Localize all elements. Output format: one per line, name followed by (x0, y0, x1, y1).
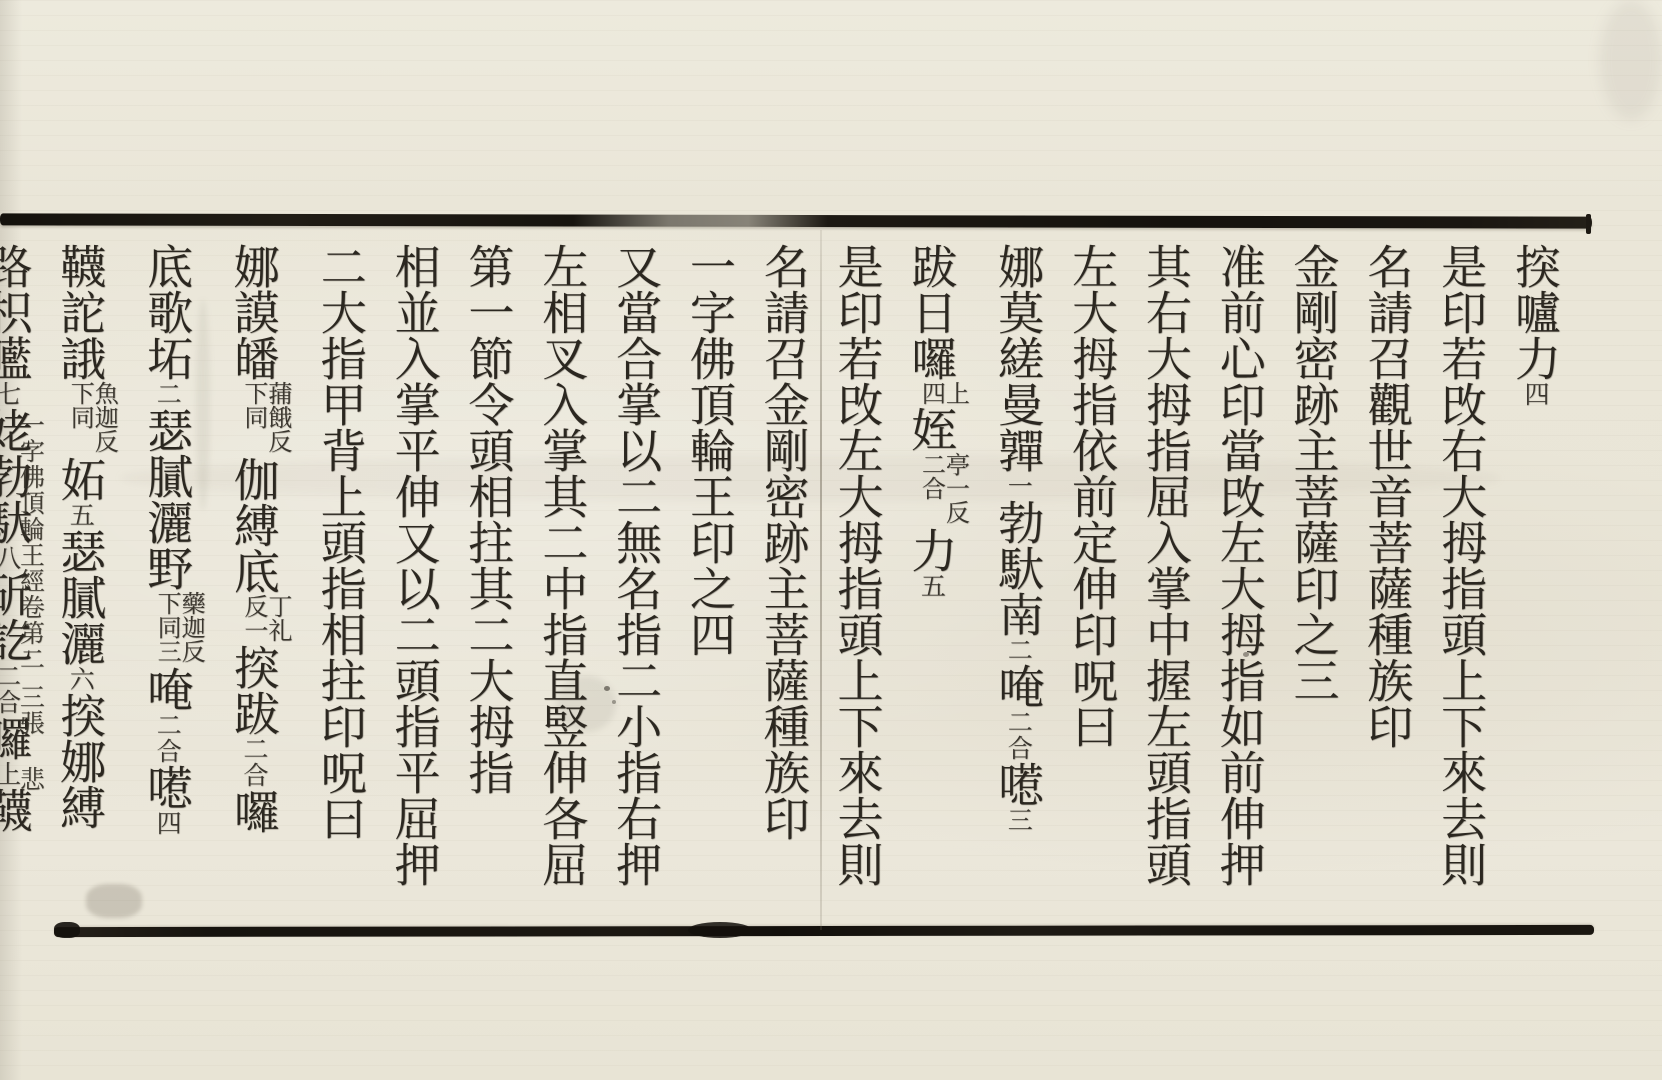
title-column-segment-small: 三張 (16, 684, 45, 736)
text-column-3: 名請召觀世音菩薩種族印 (1363, 243, 1411, 925)
text-column-4-segment-big: 金剛密跡主菩薩印之三 (1287, 243, 1341, 703)
text-column-15-segment-big: 第一節令頭相拄其二大拇指 (461, 243, 515, 795)
frame-top-rule-end (1586, 214, 1591, 234)
text-column-4: 金剛密跡主菩薩印之三 (1289, 243, 1337, 925)
text-column-20-segment-gloss: 魚迦反下同 (68, 381, 116, 456)
text-column-14-segment-big: 左相叉入掌其二中指直竪伸各屈 (535, 243, 589, 887)
text-column-11: 名請召金剛密跡主菩薩種族印 (759, 243, 807, 925)
text-column-18-segment-gloss: 蒱餓反下同 (242, 381, 290, 456)
scroll-title-column: 一字佛頂輪王經卷第二三張悲 (14, 412, 46, 972)
text-column-14: 左相叉入掌其二中指直竪伸各屈 (537, 243, 585, 925)
text-column-2: 是印若攺右大拇指頭上下來去則 (1436, 243, 1484, 925)
text-column-12: 一字佛頂輪王印之四 (685, 243, 733, 925)
text-column-15: 第一節令頭相拄其二大拇指 (464, 243, 512, 925)
text-column-8-segment-small: 二合 (1004, 709, 1033, 761)
text-column-18-segment-big: 揬跋 (227, 644, 281, 736)
text-column-18-segment-gloss: 丁礼反一 (242, 594, 290, 644)
text-column-19-segment-big: 底歌坧 (140, 243, 194, 381)
text-column-18-segment-small: 二合 (240, 736, 269, 788)
title-column-segment-small: 一字佛頂輪王經卷第二 (16, 412, 45, 672)
text-column-5-segment-big: 准前心印當攺左大拇指如前伸押 (1213, 243, 1267, 887)
text-column-19-segment-big: 唵 (140, 666, 194, 712)
text-column-8: 娜莫縒曼嚲一勃馱南二唵二合㘃三 (993, 243, 1041, 925)
text-column-11-segment-big: 名請召金剛密跡主菩薩種族印 (757, 243, 811, 841)
text-column-7-segment-big: 左大拇指依前定伸印呪曰 (1065, 243, 1119, 749)
text-column-7: 左大拇指依前定伸印呪曰 (1067, 243, 1115, 925)
text-column-10: 是印若攺左大拇指頭上下來去則 (833, 243, 881, 925)
text-column-13-segment-big: 又當合掌以二無名指二小指右押 (609, 243, 663, 887)
text-column-19-segment-small: 二 (153, 381, 182, 407)
text-column-1: 揬嚧力四 (1510, 243, 1558, 925)
text-column-16: 相並入掌平伸又以二頭指平屈押 (390, 243, 438, 925)
text-column-19-segment-big: 瑟膩灑野 (140, 407, 194, 591)
text-column-12-segment-big: 一字佛頂輪王印之四 (683, 243, 737, 657)
scanned-scroll-page: 揬嚧力四是印若攺右大拇指頭上下來去則名請召觀世音菩薩種族印金剛密跡主菩薩印之三准… (0, 0, 1662, 1080)
text-column-3-segment-big: 名請召觀世音菩薩種族印 (1360, 243, 1414, 749)
text-column-20-segment-big: 妬 (53, 456, 107, 502)
title-column-segment-small: 悲 (16, 766, 45, 792)
text-column-8-segment-big: 㘃 (991, 761, 1045, 807)
text-column-19: 底歌坧二瑟膩灑野藥迦反下同三唵二合㘃四 (142, 243, 203, 925)
text-column-5: 准前心印當攺左大拇指如前伸押 (1215, 243, 1263, 925)
text-column-21-segment-big: 路枳㘕 (0, 243, 33, 381)
text-column-9-segment-big: 姪 (904, 406, 958, 452)
text-column-8-segment-small: 一 (1004, 473, 1033, 499)
text-column-18-segment-big: 伽縛底 (227, 456, 281, 594)
text-column-19-segment-small: 二合 (153, 712, 182, 764)
text-column-19-segment-gloss: 藥迦反下同三 (155, 591, 203, 666)
text-column-6-segment-big: 其右大拇指屈入掌中握左頭指頭 (1139, 243, 1193, 887)
text-column-21-segment-small: 七 (0, 381, 21, 407)
text-column-18-segment-big: 囉 (227, 788, 281, 834)
text-body: 揬嚧力四是印若攺右大拇指頭上下來去則名請召觀世音菩薩種族印金剛密跡主菩薩印之三准… (48, 243, 1558, 925)
text-column-18: 娜謨皤蒱餓反下同伽縛底丁礼反一揬跋二合囉 (229, 243, 290, 925)
text-column-8-segment-big: 勃馱南 (991, 499, 1045, 637)
text-column-9-segment-small: 五 (917, 573, 946, 599)
text-column-19-segment-small: 四 (153, 810, 182, 836)
text-column-9: 跋日囉上四姪亭一反二合力五 (907, 243, 968, 925)
text-column-19-segment-big: 㘃 (140, 764, 194, 810)
text-column-20-segment-big: 瑟膩灑 (53, 528, 107, 666)
text-column-16-segment-big: 相並入掌平伸又以二頭指平屈押 (388, 243, 442, 887)
text-column-20-segment-big: 韈詑誐 (53, 243, 107, 381)
text-column-13: 又當合掌以二無名指二小指右押 (611, 243, 659, 925)
text-column-8-segment-big: 唵 (991, 663, 1045, 709)
text-column-1-segment-big: 揬嚧力 (1508, 243, 1562, 381)
text-column-20-segment-small: 五 (66, 502, 95, 528)
text-column-8-segment-big: 娜莫縒曼嚲 (991, 243, 1045, 473)
text-column-17-segment-big: 二大指甲背上頭指相拄印呪曰 (314, 243, 368, 841)
text-column-8-segment-small: 二 (1004, 637, 1033, 663)
text-column-9-segment-gloss: 亭一反二合 (919, 452, 967, 527)
text-column-9-segment-gloss: 上四 (919, 381, 967, 406)
text-column-1-segment-small: 四 (1521, 381, 1550, 407)
text-column-6: 其右大拇指屈入掌中握左頭指頭 (1141, 243, 1189, 925)
text-column-2-segment-big: 是印若攺右大拇指頭上下來去則 (1434, 243, 1488, 887)
text-column-8-segment-small: 三 (1004, 807, 1033, 833)
text-column-20-segment-small: 六 (66, 666, 95, 692)
text-column-20-segment-big: 揬娜縛 (53, 692, 107, 830)
text-column-10-segment-big: 是印若攺左大拇指頭上下來去則 (831, 243, 885, 887)
text-column-18-segment-big: 娜謨皤 (227, 243, 281, 381)
text-column-20: 韈詑誐魚迦反下同妬五瑟膩灑六揬娜縛 (55, 243, 116, 925)
text-column-9-segment-big: 跋日囉 (904, 243, 958, 381)
text-column-9-segment-big: 力 (904, 527, 958, 573)
text-column-17: 二大指甲背上頭指相拄印呪曰 (316, 243, 364, 925)
